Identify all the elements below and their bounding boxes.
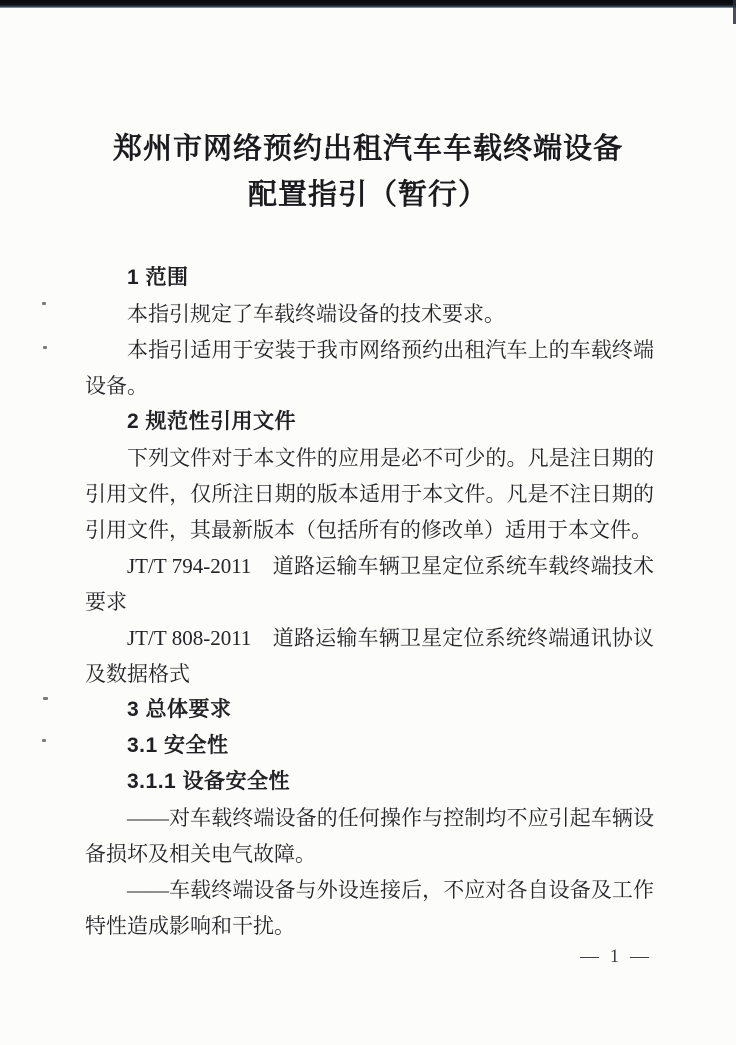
scan-speck (43, 697, 48, 700)
section-heading-3-general: 3 总体要求 (85, 692, 654, 728)
paragraph-device-safety-item-1: ——对车载终端设备的任何操作与控制均不应引起车辆设备损坏及相关电气故障。 (85, 800, 654, 872)
scanned-document-page: 郑州市网络预约出租汽车车载终端设备 配置指引（暂行） 1 范围 本指引规定了车载… (0, 0, 736, 1045)
section-heading-3-1-1-device: 3.1.1 设备安全性 (85, 764, 654, 800)
paragraph-references-intro: 下列文件对于本文件的应用是必不可少的。凡是注日期的引用文件，仅所注日期的版本适用… (85, 440, 654, 548)
paragraph-scope-2: 本指引适用于安装于我市网络预约出租汽车上的车载终端设备。 (85, 332, 654, 404)
section-heading-3-1-safety: 3.1 安全性 (85, 728, 654, 764)
document-title-line-2: 配置指引（暂行） (0, 172, 736, 218)
document-title: 郑州市网络预约出租汽车车载终端设备 配置指引（暂行） (0, 126, 736, 218)
scan-speck (42, 302, 46, 305)
scan-speck (43, 346, 47, 349)
document-body: 1 范围 本指引规定了车载终端设备的技术要求。 本指引适用于安装于我市网络预约出… (0, 260, 736, 944)
paragraph-reference-jtt-808: JT/T 808-2011 道路运输车辆卫星定位系统终端通讯协议及数据格式 (85, 620, 654, 692)
section-heading-1-scope: 1 范围 (85, 260, 654, 296)
paragraph-reference-jtt-794: JT/T 794-2011 道路运输车辆卫星定位系统车载终端技术要求 (85, 548, 654, 620)
paragraph-scope-1: 本指引规定了车载终端设备的技术要求。 (85, 296, 654, 332)
document-title-line-1: 郑州市网络预约出租汽车车载终端设备 (0, 126, 736, 172)
paragraph-device-safety-item-2: ——车载终端设备与外设连接后，不应对各自设备及工作特性造成影响和干扰。 (85, 872, 654, 944)
scan-speck (42, 739, 46, 742)
scan-edge-top-artifact (0, 0, 736, 8)
section-heading-2-references: 2 规范性引用文件 (85, 404, 654, 440)
page-number: — 1 — (580, 946, 652, 968)
